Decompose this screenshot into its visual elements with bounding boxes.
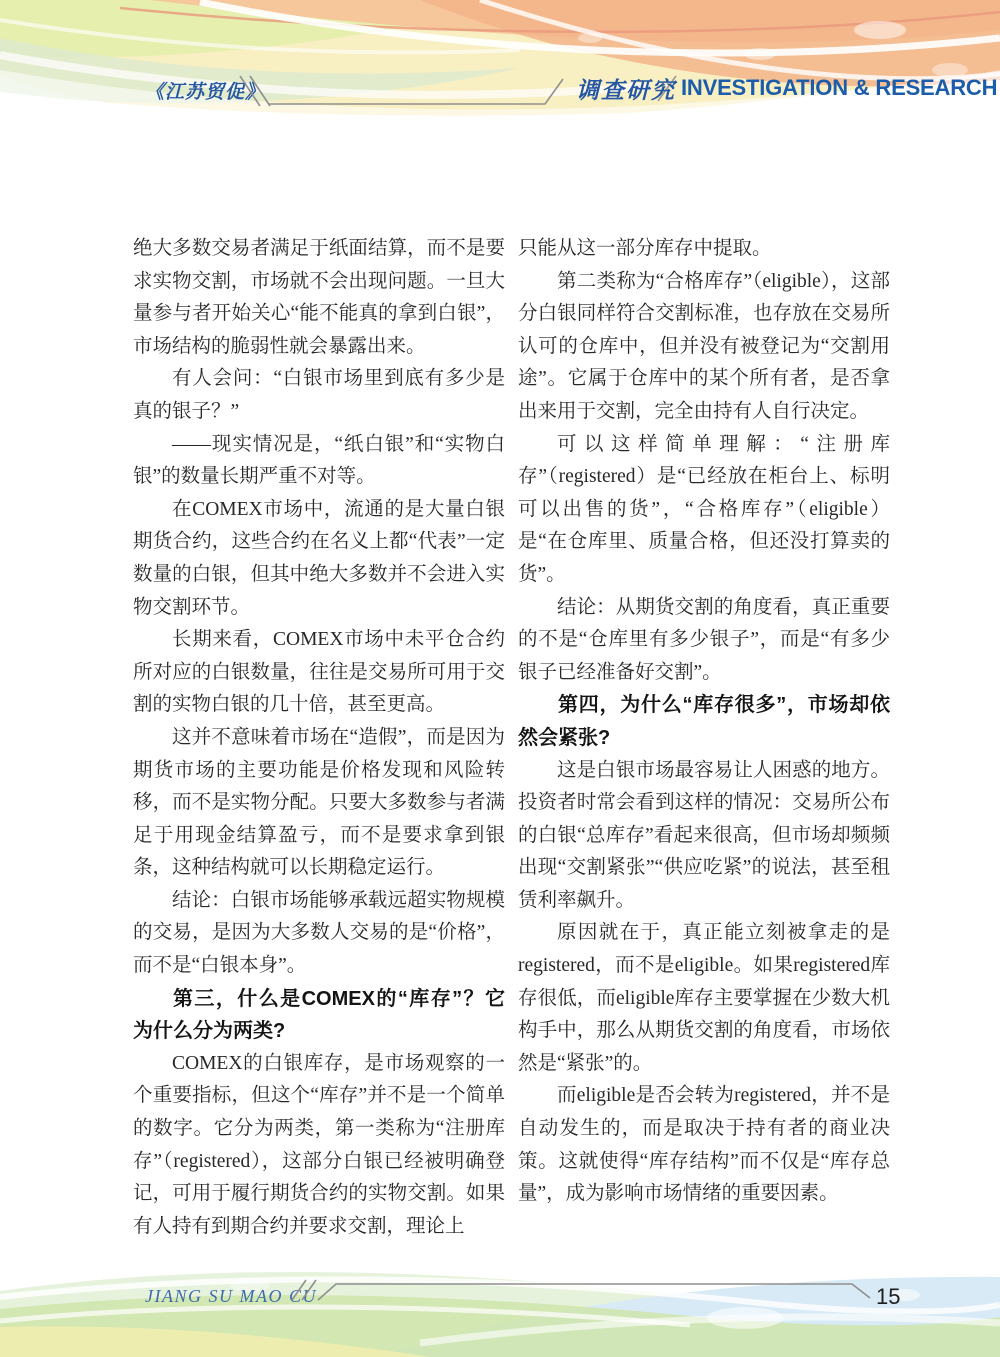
paragraph: 而eligible是否会转为registered，并不是自动发生的，而是取决于持…: [518, 1080, 890, 1210]
paragraph: 第二类称为“合格库存”（eligible），这部分白银同样符合交割标准，也存放在…: [518, 266, 890, 429]
left-column: 绝大多数交易者满足于纸面结算，而不是要求实物交割，市场就不会出现问题。一旦大量参…: [133, 233, 505, 1243]
right-column: 只能从这一部分库存中提取。第二类称为“合格库存”（eligible），这部分白银…: [518, 233, 890, 1243]
paragraph: 有人会问：“白银市场里到底有多少是真的银子？”: [133, 363, 505, 428]
paragraph: 原因就在于，真正能立刻被拿走的是registered，而不是eligible。如…: [518, 917, 890, 1080]
magazine-page: 《江苏贸促》 调查研究 INVESTIGATION & RESEARCH 绝大多…: [0, 0, 1000, 1357]
paragraph: ——现实情况是，“纸白银”和“实物白银”的数量长期严重不对等。: [133, 429, 505, 494]
paragraph: 长期来看，COMEX市场中未平仓合约所对应的白银数量，往往是交易所可用于交割的实…: [133, 624, 505, 722]
paragraph: 绝大多数交易者满足于纸面结算，而不是要求实物交割，市场就不会出现问题。一旦大量参…: [133, 233, 505, 363]
page-number: 15: [876, 1284, 900, 1310]
paragraph: 在COMEX市场中，流通的是大量白银期货合约，这些合约在名义上都“代表”一定数量…: [133, 494, 505, 624]
paragraph: 这是白银市场最容易让人困惑的地方。投资者时常会看到这样的情况：交易所公布的白银“…: [518, 755, 890, 918]
footer-rule: [288, 1276, 888, 1304]
paragraph: 结论：从期货交割的角度看，真正重要的不是“仓库里有多少银子”，而是“有多少银子已…: [518, 592, 890, 690]
paragraph: 这并不意味着市场在“造假”，而是因为期货市场的主要功能是价格发现和风险转移，而不…: [133, 722, 505, 885]
paragraph: 可以这样简单理解：“注册库存”（registered）是“已经放在柜台上、标明可…: [518, 429, 890, 592]
section-heading: 第四，为什么“库存很多”，市场却依然会紧张?: [518, 689, 890, 754]
paragraph: 只能从这一部分库存中提取。: [518, 233, 890, 266]
section-heading: 第三，什么是COMEX的“库存”？它为什么分为两类?: [133, 983, 505, 1048]
paragraph: 结论：白银市场能够承载远超实物规模的交易，是因为大多数人交易的是“价格”，而不是…: [133, 885, 505, 983]
section-title-zh: 调查研究: [576, 72, 676, 105]
paragraph: COMEX的白银库存，是市场观察的一个重要指标，但这个“库存”并不是一个简单的数…: [133, 1048, 505, 1244]
section-title-en: INVESTIGATION & RESEARCH: [681, 75, 997, 101]
article-columns: 绝大多数交易者满足于纸面结算，而不是要求实物交割，市场就不会出现问题。一旦大量参…: [133, 233, 890, 1243]
